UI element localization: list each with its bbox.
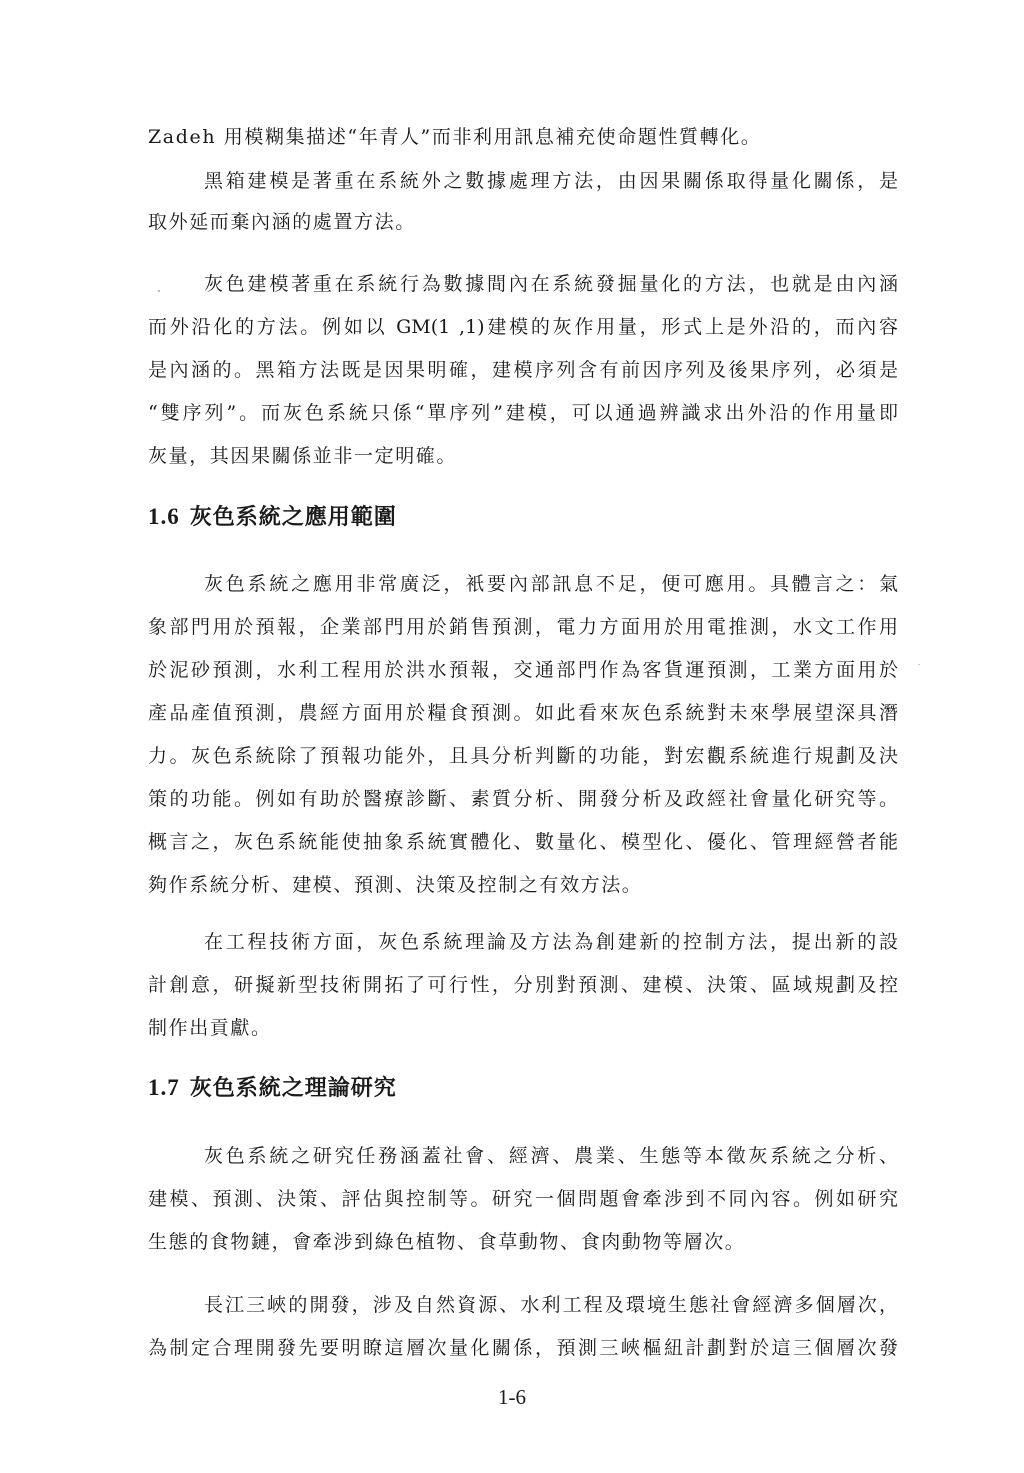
paragraph-line: 產品產值預測，農經方面用於糧食預測。如此看來灰色系統對未來學展望深具潛 [148, 700, 898, 726]
section-number: 1.7 [148, 1075, 180, 1100]
paragraph-line: 取外延而棄內涵的處置方法。 [148, 209, 898, 235]
document-page: Zadeh 用模糊集描述“年青人”而非利用訊息補充使命題性質轉化。 黑箱建模是著… [0, 0, 1024, 1473]
paragraph-line: 而外沿化的方法。例如以 GM(1 ,1)建模的灰作用量，形式上是外沿的，而內容 [148, 314, 898, 340]
scan-speck [918, 664, 920, 665]
paragraph-line: 建模、預測、決策、評估與控制等。研究一個問題會牽涉到不同內容。例如研究 [148, 1186, 898, 1212]
paragraph-line: 黑箱建模是著重在系統外之數據處理方法，由因果關係取得量化關係，是 [204, 168, 898, 194]
paragraph-line: 制作出貢獻。 [148, 1015, 898, 1041]
paragraph-line: 灰量，其因果關係並非一定明確。 [148, 443, 898, 469]
paragraph-line: “雙序列”。而灰色系統只係“單序列”建模，可以通過辨識求出外沿的作用量即 [148, 400, 898, 426]
page-number: 1-6 [0, 1385, 1024, 1410]
section-heading-1-7: 1.7灰色系統之理論研究 [148, 1073, 397, 1103]
paragraph-line: 是內涵的。黑箱方法既是因果明確，建模序列含有前因序列及後果序列，必須是 [148, 357, 898, 383]
paragraph-line: 夠作系統分析、建模、預測、決策及控制之有效方法。 [148, 872, 898, 898]
paragraph-line: 灰色系統之應用非常廣泛，衹要內部訊息不足，便可應用。具體言之：氣 [204, 571, 898, 597]
paragraph-line: 灰色建模著重在系統行為數據間內在系統發掘量化的方法，也就是由內涵 [204, 271, 898, 297]
paragraph-line: 長江三峽的開發，涉及自然資源、水利工程及環境生態社會經濟多個層次， [204, 1292, 898, 1318]
section-title: 灰色系統之理論研究 [190, 1075, 397, 1101]
paragraph-line: 象部門用於預報，企業部門用於銷售預測，電力方面用於用電推測，水文工作用 [148, 614, 898, 640]
scan-speck [158, 290, 160, 292]
paragraph-line: 於泥砂預測，水利工程用於洪水預報，交通部門作為客貨運預測，工業方面用於 [148, 657, 898, 683]
paragraph-line: 力。灰色系統除了預報功能外，且具分析判斷的功能，對宏觀系統進行規劃及決 [148, 743, 898, 769]
paragraph-line: 概言之，灰色系統能使抽象系統實體化、數量化、模型化、優化、管理經營者能 [148, 829, 898, 855]
section-heading-1-6: 1.6灰色系統之應用範圍 [148, 502, 397, 532]
paragraph-line: 計創意，研擬新型技術開拓了可行性，分別對預測、建模、決策、區域規劃及控 [148, 972, 898, 998]
section-number: 1.6 [148, 504, 180, 529]
paragraph-line: 在工程技術方面，灰色系統理論及方法為創建新的控制方法，提出新的設 [204, 929, 898, 955]
paragraph-line: 生態的食物鏈，會牽涉到綠色植物、食草動物、食肉動物等層次。 [148, 1229, 898, 1255]
section-title: 灰色系統之應用範圍 [190, 504, 397, 530]
paragraph-line: 灰色系統之研究任務涵蓋社會、經濟、農業、生態等本徵灰系統之分析、 [204, 1143, 898, 1169]
paragraph-line: 策的功能。例如有助於醫療診斷、素質分析、開發分析及政經社會量化研究等。 [148, 786, 898, 812]
paragraph-line: 為制定合理開發先要明瞭這層次量化關係，預測三峽樞紐計劃對於這三個層次發 [148, 1335, 898, 1361]
paragraph-line: Zadeh 用模糊集描述“年青人”而非利用訊息補充使命題性質轉化。 [148, 124, 898, 150]
